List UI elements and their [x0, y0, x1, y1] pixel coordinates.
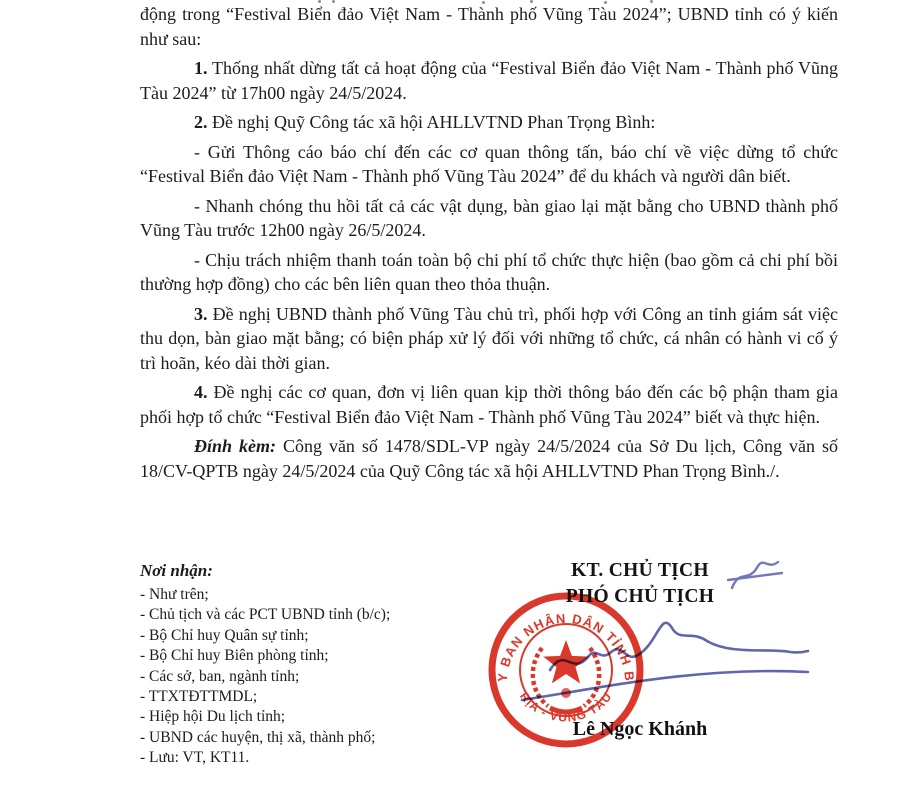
- paragraph-lead: 4.: [194, 382, 208, 402]
- body-paragraph: 2. Đề nghị Quỹ Công tác xã hội AHLLVTND …: [140, 110, 838, 135]
- signature-ink-icon: [520, 596, 812, 714]
- recipient-item: - Chủ tịch và các PCT UBND tỉnh (b/c);: [140, 605, 470, 625]
- paragraph-text: - Nhanh chóng thu hồi tất cả các vật dụn…: [140, 196, 838, 241]
- paragraph-text: Thống nhất dừng tất cả hoạt động của “Fe…: [140, 58, 838, 103]
- paragraph-lead: 3.: [194, 304, 208, 324]
- body-paragraph: 4. Đề nghị các cơ quan, đơn vị liên quan…: [140, 380, 838, 429]
- paragraph-lead: 1.: [194, 58, 208, 78]
- attachment-lead: Đính kèm:: [194, 436, 276, 456]
- recipient-item: - Các sở, ban, ngành tỉnh;: [140, 667, 470, 687]
- body-paragraph: - Nhanh chóng thu hồi tất cả các vật dụn…: [140, 194, 838, 243]
- body-paragraph: - Gửi Thông cáo báo chí đến các cơ quan …: [140, 140, 838, 189]
- recipient-item: - Hiệp hội Du lịch tỉnh;: [140, 707, 470, 727]
- signature-initials-icon: [726, 556, 790, 600]
- recipients-block: Nơi nhận: - Như trên; - Chủ tịch và các …: [140, 560, 470, 769]
- recipients-heading: Nơi nhận:: [140, 560, 470, 582]
- signer-name: Lê Ngọc Khánh: [470, 718, 810, 741]
- paragraph-text: Đề nghị các cơ quan, đơn vị liên quan kị…: [140, 382, 838, 427]
- document-page: động trong “Festival Biển đảo Việt Nam -…: [0, 0, 904, 802]
- paragraph-text: động trong “Festival Biển đảo Việt Nam -…: [140, 4, 838, 49]
- paragraph-text: - Chịu trách nhiệm thanh toán toàn bộ ch…: [140, 250, 838, 295]
- document-body: động trong “Festival Biển đảo Việt Nam -…: [140, 2, 838, 488]
- recipient-item: - Bộ Chỉ huy Quân sự tỉnh;: [140, 626, 470, 646]
- paragraph-text: Đề nghị Quỹ Công tác xã hội AHLLVTND Pha…: [208, 112, 656, 132]
- body-paragraph: động trong “Festival Biển đảo Việt Nam -…: [140, 2, 838, 51]
- paragraph-lead: 2.: [194, 112, 208, 132]
- recipient-item: - Bộ Chỉ huy Biên phòng tỉnh;: [140, 646, 470, 666]
- body-paragraph: 1. Thống nhất dừng tất cả hoạt động của …: [140, 56, 838, 105]
- recipient-item: - TTXTĐTTMDL;: [140, 687, 470, 707]
- recipient-item: - UBND các huyện, thị xã, thành phố;: [140, 728, 470, 748]
- recipient-item: - Lưu: VT, KT11.: [140, 748, 470, 768]
- body-paragraph: 3. Đề nghị UBND thành phố Vũng Tàu chủ t…: [140, 302, 838, 376]
- body-paragraph: - Chịu trách nhiệm thanh toán toàn bộ ch…: [140, 248, 838, 297]
- recipient-item: - Như trên;: [140, 585, 470, 605]
- body-paragraph-attachment: Đính kèm: Công văn số 1478/SDL-VP ngày 2…: [140, 434, 838, 483]
- paragraph-text: Đề nghị UBND thành phố Vũng Tàu chủ trì,…: [140, 304, 838, 373]
- paragraph-text: - Gửi Thông cáo báo chí đến các cơ quan …: [140, 142, 838, 187]
